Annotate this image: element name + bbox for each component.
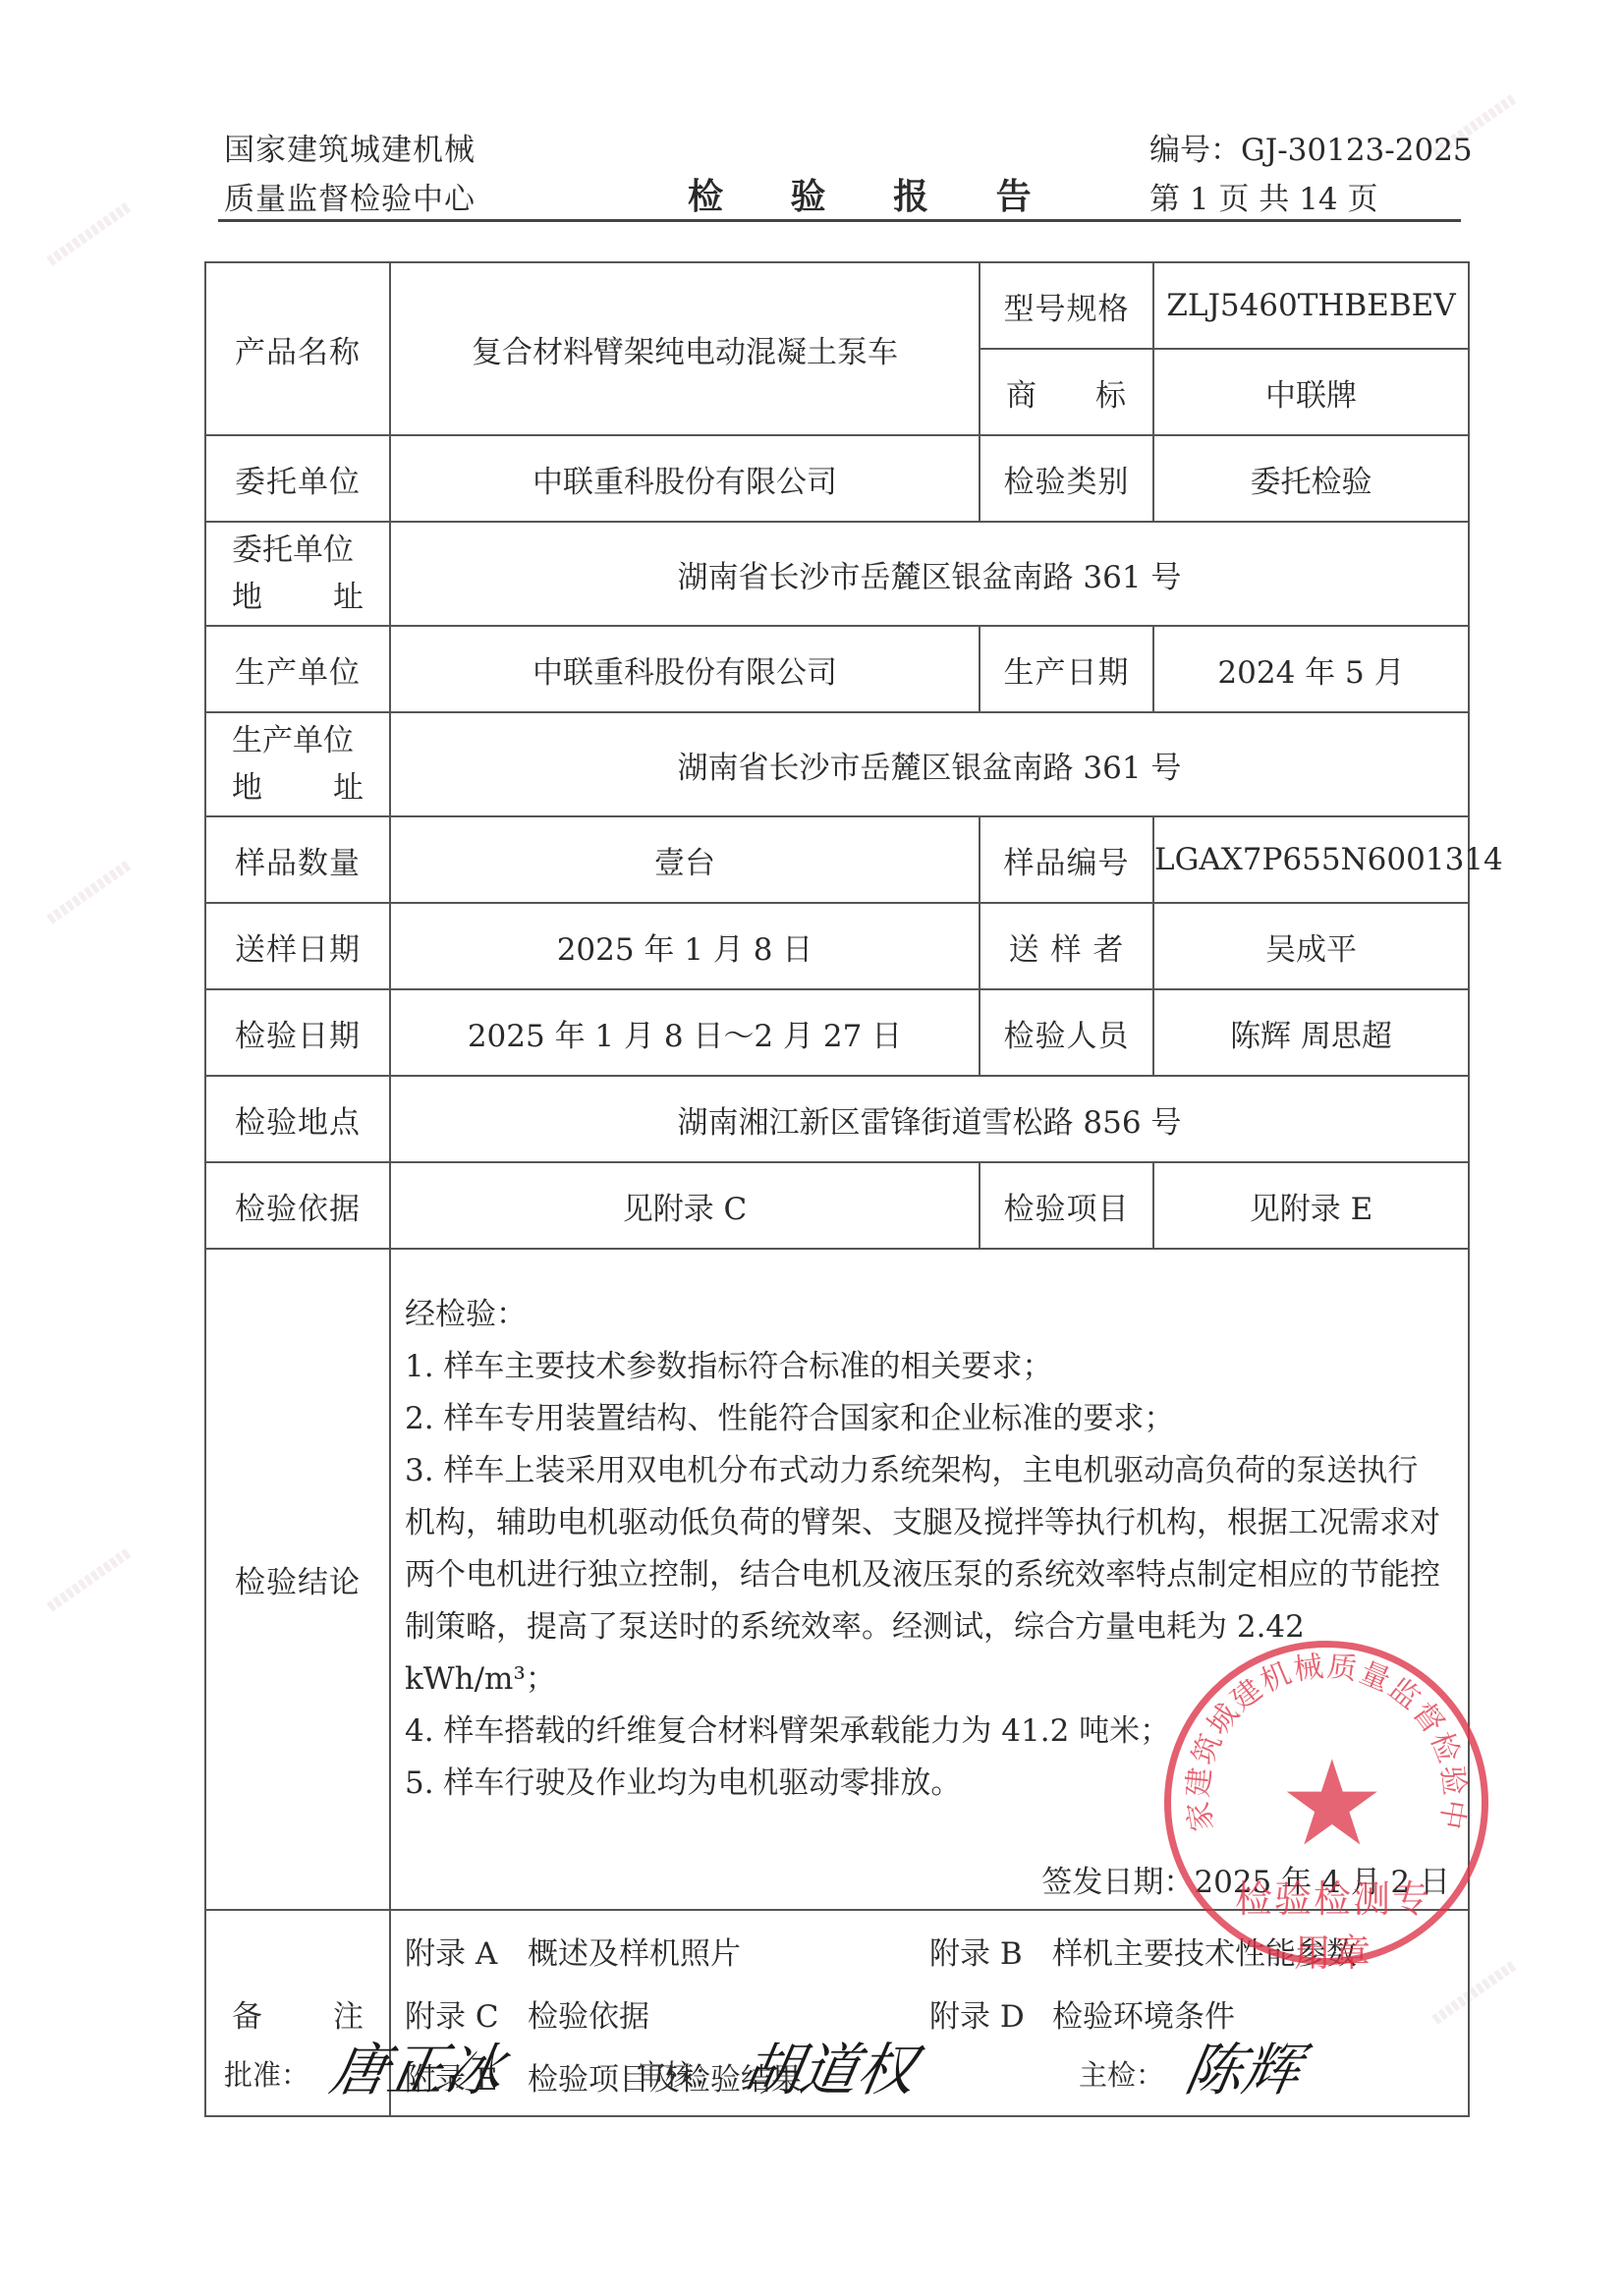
manufacturer-address-label: 生产单位 地址 [205, 712, 390, 816]
client-address-label: 委托单位 地址 [205, 522, 390, 626]
watermark: ▮▮▮▮▮▮▮▮▮▮▮▮▮ [43, 1545, 133, 1615]
inspection-type-value: 委托检验 [1153, 435, 1469, 522]
approve-label: 批准： [224, 2053, 309, 2094]
signature-row: 批准： 唐正冰 审核： 胡道权 主检： 陈辉 [224, 2024, 1462, 2132]
sample-number-label: 样品编号 [980, 816, 1153, 903]
star-icon: ★ [1279, 1756, 1385, 1854]
manufacturer-address-value: 湖南省长沙市岳麓区银盆南路 361 号 [390, 712, 1469, 816]
inspection-location-value: 湖南湘江新区雷锋街道雪松路 856 号 [390, 1076, 1469, 1162]
inspection-date-label: 检验日期 [205, 989, 390, 1076]
watermark: ▮▮▮▮▮▮▮▮▮▮▮▮▮ [43, 858, 133, 927]
org-line-2: 质量监督检验中心 [224, 175, 476, 224]
seal-bottom-text: 检验检测专用章 [1220, 1869, 1446, 1977]
inspection-location-label: 检验地点 [205, 1076, 390, 1162]
appendix-a: 附录 A概述及样机照片 [405, 1929, 929, 1973]
watermark: ▮▮▮▮▮▮▮▮▮▮▮▮▮ [43, 199, 133, 269]
model-label: 型号规格 [980, 262, 1153, 349]
production-date-value: 2024 年 5 月 [1153, 626, 1469, 712]
conclusion-line: 3. 样车上装采用双电机分布式动力系统架构，主电机驱动高负荷的泵送执行 [405, 1445, 1454, 1497]
report-meta: 编号：GJ-30123-2025 第 1 页 共 14 页 [1149, 126, 1473, 224]
client-value: 中联重科股份有限公司 [390, 435, 980, 522]
review-label: 审核： [637, 2053, 722, 2094]
manufacturer-value: 中联重科股份有限公司 [390, 626, 980, 712]
official-seal-stamp: 国家建筑城建机械质量监督检验中心 ★ 检验检测专用章 [1164, 1641, 1488, 1965]
chief-inspector-label: 主检： [1079, 2053, 1164, 2094]
inspectors-value: 陈辉 周思超 [1153, 989, 1469, 1076]
report-number: 编号：GJ-30123-2025 [1149, 126, 1473, 175]
sample-number-value: LGAX7P655N6001314 [1153, 816, 1469, 903]
chief-inspector-signature: 陈辉 [1180, 2024, 1309, 2106]
client-label: 委托单位 [205, 435, 390, 522]
delivery-date-label: 送样日期 [205, 903, 390, 989]
sample-quantity-value: 壹台 [390, 816, 980, 903]
sender-label: 送 样 者 [980, 903, 1153, 989]
conclusion-line: 1. 样车主要技术参数指标符合标准的相关要求； [405, 1341, 1454, 1393]
inspection-items-label: 检验项目 [980, 1162, 1153, 1249]
review-signature: 胡道权 [738, 2024, 924, 2106]
product-name-value: 复合材料臂架纯电动混凝土泵车 [390, 262, 980, 435]
conclusion-line: 2. 样车专用装置结构、性能符合国家和企业标准的要求； [405, 1393, 1454, 1445]
header-divider [218, 219, 1461, 222]
sender-value: 吴成平 [1153, 903, 1469, 989]
org-line-1: 国家建筑城建机械 [224, 126, 476, 175]
conclusion-label: 检验结论 [205, 1249, 390, 1910]
page-info: 第 1 页 共 14 页 [1149, 175, 1473, 224]
manufacturer-label: 生产单位 [205, 626, 390, 712]
production-date-label: 生产日期 [980, 626, 1153, 712]
inspection-date-value: 2025 年 1 月 8 日～2 月 27 日 [390, 989, 980, 1076]
conclusion-line: 经检验： [405, 1289, 1454, 1341]
sample-quantity-label: 样品数量 [205, 816, 390, 903]
approve-signature: 唐正冰 [325, 2024, 511, 2106]
document-title: 检 验 报 告 [688, 169, 1059, 219]
inspectors-label: 检验人员 [980, 989, 1153, 1076]
inspection-basis-value: 见附录 C [390, 1162, 980, 1249]
inspection-items-value: 见附录 E [1153, 1162, 1469, 1249]
conclusion-line: 机构，辅助电机驱动低负荷的臂架、支腿及搅拌等执行机构，根据工况需求对 [405, 1497, 1454, 1549]
conclusion-line: 两个电机进行独立控制，结合电机及液压泵的系统效率特点制定相应的节能控 [405, 1549, 1454, 1601]
delivery-date-value: 2025 年 1 月 8 日 [390, 903, 980, 989]
brand-value: 中联牌 [1153, 349, 1469, 435]
inspection-type-label: 检验类别 [980, 435, 1153, 522]
issuing-organization: 国家建筑城建机械 质量监督检验中心 [224, 126, 476, 224]
inspection-basis-label: 检验依据 [205, 1162, 390, 1249]
model-value: ZLJ5460THBEBEV [1153, 262, 1469, 349]
brand-label: 商标 [980, 349, 1153, 435]
client-address-value: 湖南省长沙市岳麓区银盆南路 361 号 [390, 522, 1469, 626]
product-name-label: 产品名称 [205, 262, 390, 435]
